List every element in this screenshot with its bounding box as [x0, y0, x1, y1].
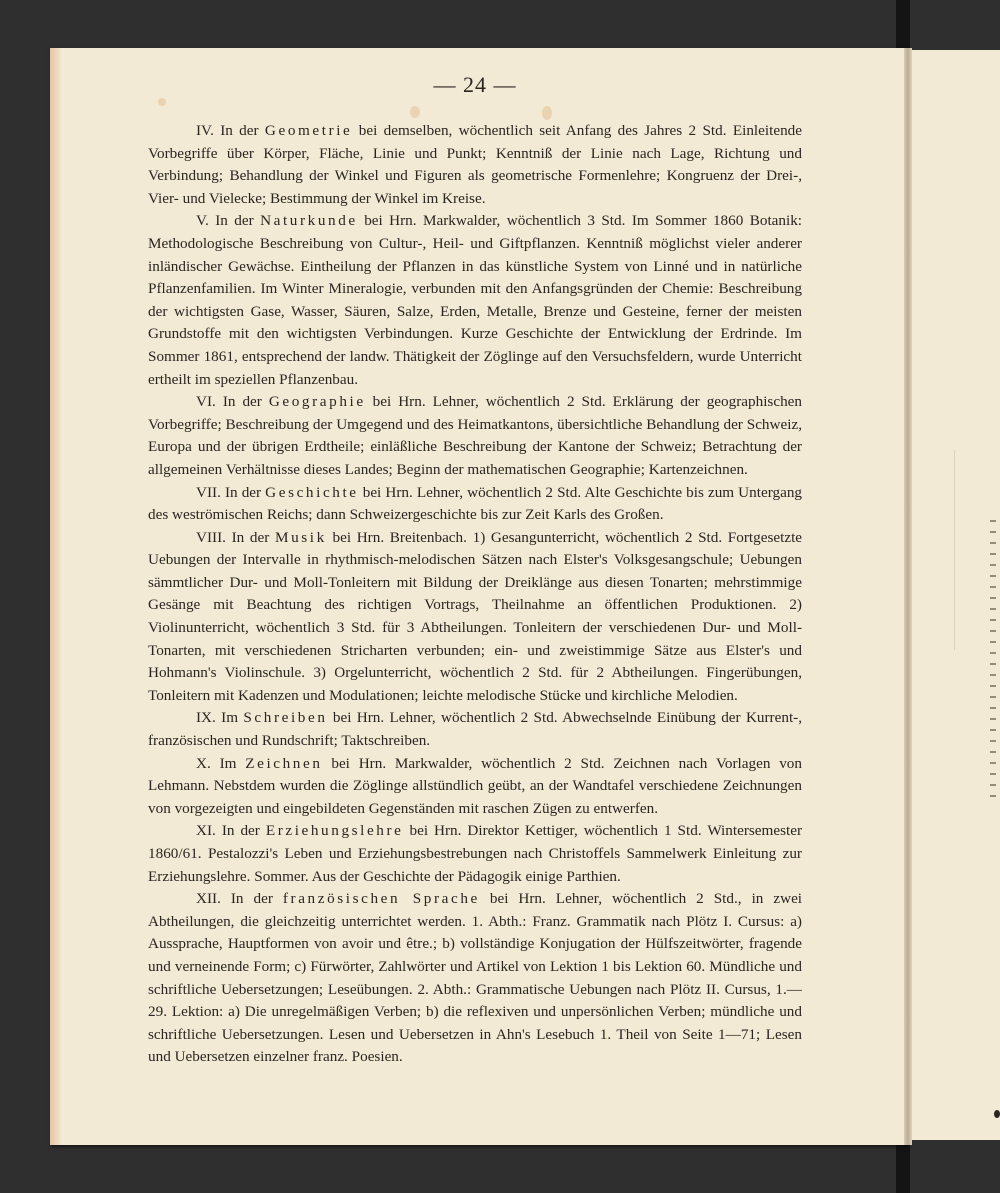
gutter-shadow-top — [896, 0, 910, 48]
section-lead: Im — [221, 709, 238, 726]
adjacent-page-text-edge — [990, 520, 996, 800]
section-numeral: VII. — [196, 484, 221, 501]
page-number: — 24 — — [148, 70, 802, 100]
section-lead: In der — [231, 890, 273, 907]
section-lead: In der — [220, 122, 258, 139]
section-subject: Geographie — [269, 393, 366, 410]
section-geography: VI. In der Geographie bei Hrn. Lehner, w… — [148, 391, 802, 481]
section-french: XII. In der französischen Sprache bei Hr… — [148, 888, 802, 1069]
section-pedagogy: XI. In der Erziehungslehre bei Hrn. Dire… — [148, 820, 802, 888]
section-numeral: VIII. — [196, 529, 226, 546]
page-text: — 24 — IV. In der Geometrie bei demselbe… — [148, 70, 802, 1069]
section-subject: Musik — [275, 529, 327, 546]
section-subject: Zeichnen — [245, 755, 322, 772]
book-gutter — [904, 48, 912, 1145]
section-subject: Erziehungslehre — [266, 822, 404, 839]
section-music: VIII. In der Musik bei Hrn. Breitenbach.… — [148, 527, 802, 708]
section-numeral: VI. — [196, 393, 216, 410]
section-numeral: V. — [196, 212, 209, 229]
section-lead: In der — [225, 484, 261, 501]
page-edge — [50, 48, 62, 1145]
section-subject: Naturkunde — [260, 212, 358, 229]
section-subject: Geschichte — [265, 484, 358, 501]
section-lead: In der — [223, 393, 262, 410]
section-history: VII. In der Geschichte bei Hrn. Lehner, … — [148, 482, 802, 527]
section-subject: Schreiben — [243, 709, 327, 726]
gutter-shadow-bottom — [896, 1145, 910, 1193]
section-numeral: IV. — [196, 122, 214, 139]
section-lead: In der — [222, 822, 260, 839]
section-lead: In der — [215, 212, 253, 229]
section-natural-science: V. In der Naturkunde bei Hrn. Markwalder… — [148, 210, 802, 391]
section-body: bei Hrn. Lehner, wöchentlich 2 Std., in … — [148, 890, 802, 1065]
bleed-through-line — [954, 450, 955, 650]
section-numeral: IX. — [196, 709, 216, 726]
section-subject: Geometrie — [265, 122, 353, 139]
section-lead: Im — [220, 755, 237, 772]
ink-spot — [994, 1110, 1000, 1118]
section-numeral: X. — [196, 755, 211, 772]
section-numeral: XI. — [196, 822, 216, 839]
section-drawing: X. Im Zeichnen bei Hrn. Markwalder, wöch… — [148, 753, 802, 821]
section-geometry: IV. In der Geometrie bei demselben, wöch… — [148, 120, 802, 210]
section-body: bei Hrn. Markwalder, wöchentlich 3 Std. … — [148, 212, 802, 387]
section-subject: französischen Sprache — [283, 890, 480, 907]
section-body: bei Hrn. Breitenbach. 1) Gesangunterrich… — [148, 529, 802, 704]
section-numeral: XII. — [196, 890, 221, 907]
section-writing: IX. Im Schreiben bei Hrn. Lehner, wöchen… — [148, 707, 802, 752]
section-lead: In der — [232, 529, 270, 546]
adjacent-page — [912, 50, 1000, 1140]
